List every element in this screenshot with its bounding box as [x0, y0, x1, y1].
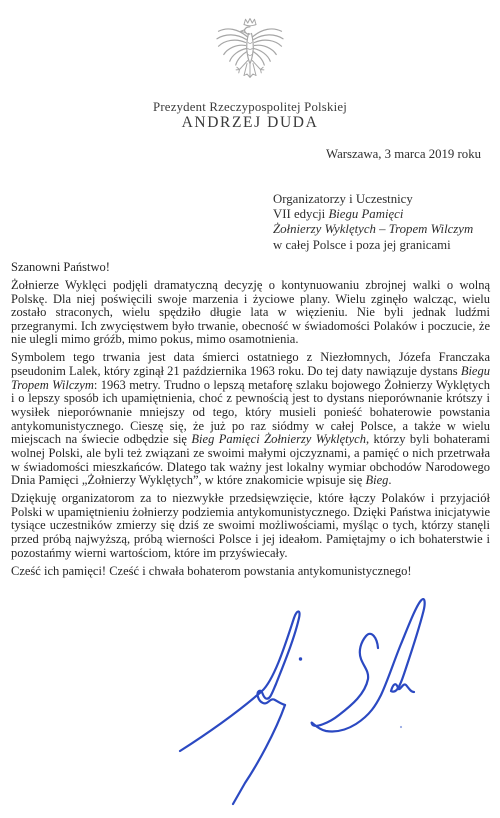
paragraph-2: Symbolem tego trwania jest data śmierci …	[11, 351, 490, 488]
closing-line: Cześć ich pamięci! Cześć i chwała bohate…	[11, 565, 490, 579]
polish-eagle-emblem	[212, 17, 288, 95]
signature	[175, 593, 435, 815]
addressee-line: VII edycji Biegu Pamięci	[273, 207, 473, 222]
addressee-line: Organizatorzy i Uczestnicy	[273, 192, 473, 207]
addressee-line: Żołnierzy Wyklętych – Tropem Wilczym	[273, 222, 473, 237]
addressee-line: w całej Polsce i poza jej granicami	[273, 238, 473, 253]
addressee-block: Organizatorzy i Uczestnicy VII edycji Bi…	[273, 192, 473, 253]
place-and-date: Warszawa, 3 marca 2019 roku	[326, 147, 481, 162]
eagle-strokes	[217, 19, 283, 78]
letter-page: Prezydent Rzeczypospolitej Polskiej ANDR…	[0, 0, 500, 818]
sender-name: ANDRZEJ DUDA	[0, 114, 500, 132]
salutation: Szanowni Państwo!	[11, 261, 490, 275]
signature-ink	[180, 599, 425, 804]
letter-body: Szanowni Państwo! Żołnierze Wyklęci podj…	[11, 261, 490, 582]
paragraph-3: Dziękuję organizatorom za to niezwykłe p…	[11, 492, 490, 560]
sender-office-title: Prezydent Rzeczypospolitej Polskiej	[0, 100, 500, 115]
paragraph-1: Żołnierze Wyklęci podjęli dramatyczną de…	[11, 279, 490, 347]
